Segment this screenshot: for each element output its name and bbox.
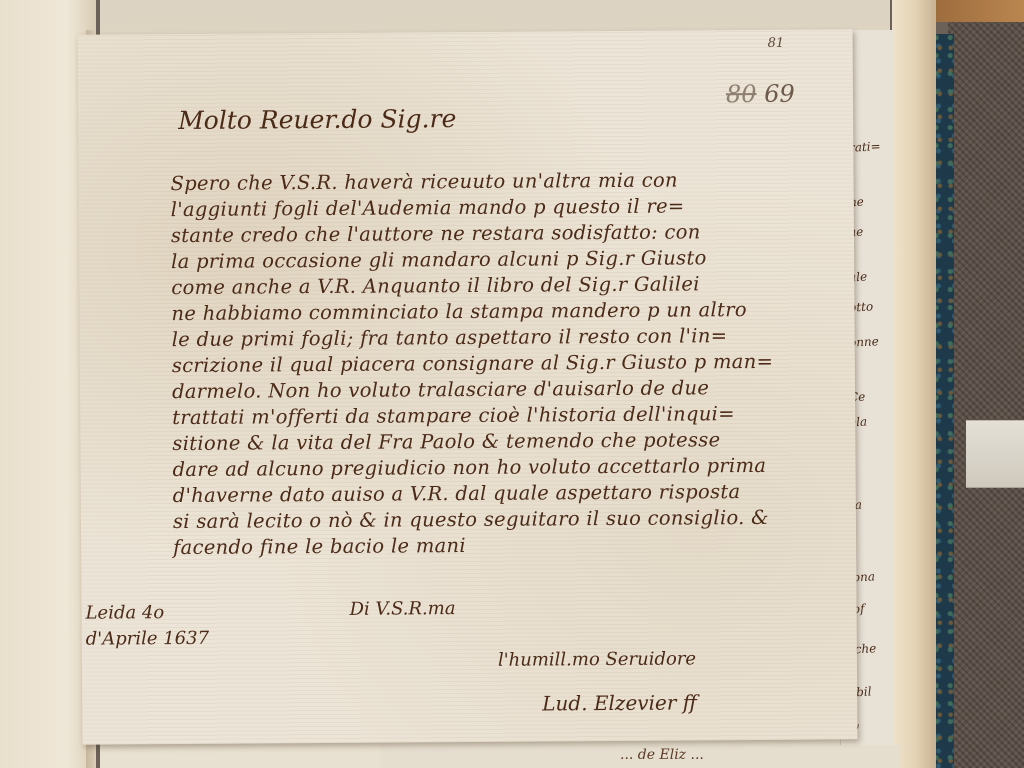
closing-formula: Di V.S.R.ma (349, 598, 455, 620)
archive-number: 69 (764, 80, 795, 108)
body-line: le due primi fogli; fra tanto aspettaro … (172, 324, 728, 351)
body-line: l'aggiunti fogli del'Audemia mando p que… (171, 194, 685, 221)
body-line: si sarà lecito o nò & in questo seguitar… (173, 506, 769, 533)
fabric-background (948, 0, 1024, 768)
underlying-sheet-bottom: ... de Eliz ... (380, 745, 900, 768)
body-line: d'haverne dato auiso a V.R. dal quale as… (173, 480, 741, 507)
wood-table-edge (930, 0, 1024, 22)
binding-strip (892, 0, 936, 768)
archive-number-struck: 80 (726, 80, 757, 108)
signature: Lud. Elzevier ff (542, 690, 697, 715)
body-line: scrizione il qual piacera consignare al … (172, 350, 774, 377)
closing-servant: l'humill.mo Seruidore (498, 648, 696, 670)
body-line: sitione & la vita del Fra Paolo & temend… (172, 428, 720, 455)
margin-fragment: rati= (849, 139, 881, 155)
bottom-fragment: ... de Eliz ... (620, 747, 704, 763)
body-line: dare ad alcuno pregiudicio non ho voluto… (172, 454, 766, 481)
date: d'Aprile 1637 (86, 628, 209, 650)
salutation: Molto Reuer.do Sig.re (178, 104, 456, 135)
archive-folio-number: 80 69 (726, 80, 795, 108)
photo-scene: rati= ne ae ale otto onne i Ce ela i ra … (0, 0, 1024, 768)
body-line: Spero che V.S.R. haverà riceuuto un'altr… (170, 169, 677, 196)
body-line: come anche a V.R. Anquanto il libro del … (171, 272, 700, 299)
letter-sheet: 81 80 69 Molto Reuer.do Sig.re Spero che… (78, 29, 858, 744)
archive-folio-small: 81 (768, 36, 785, 51)
body-line: trattati m'offerti da stampare cioè l'hi… (172, 402, 735, 429)
binding-ribbon (966, 420, 1024, 488)
body-line: ne habbiamo comminciato la stampa mander… (171, 298, 747, 325)
body-line: facendo fine le bacio le mani (173, 534, 466, 559)
body-line: darmelo. Non ho voluto tralasciare d'aui… (172, 376, 709, 403)
body-line: stante credo che l'auttore ne restara so… (171, 220, 701, 247)
place: Leida 4o (85, 602, 164, 624)
body-line: la prima occasione gli mandaro alcuni p … (171, 246, 707, 273)
